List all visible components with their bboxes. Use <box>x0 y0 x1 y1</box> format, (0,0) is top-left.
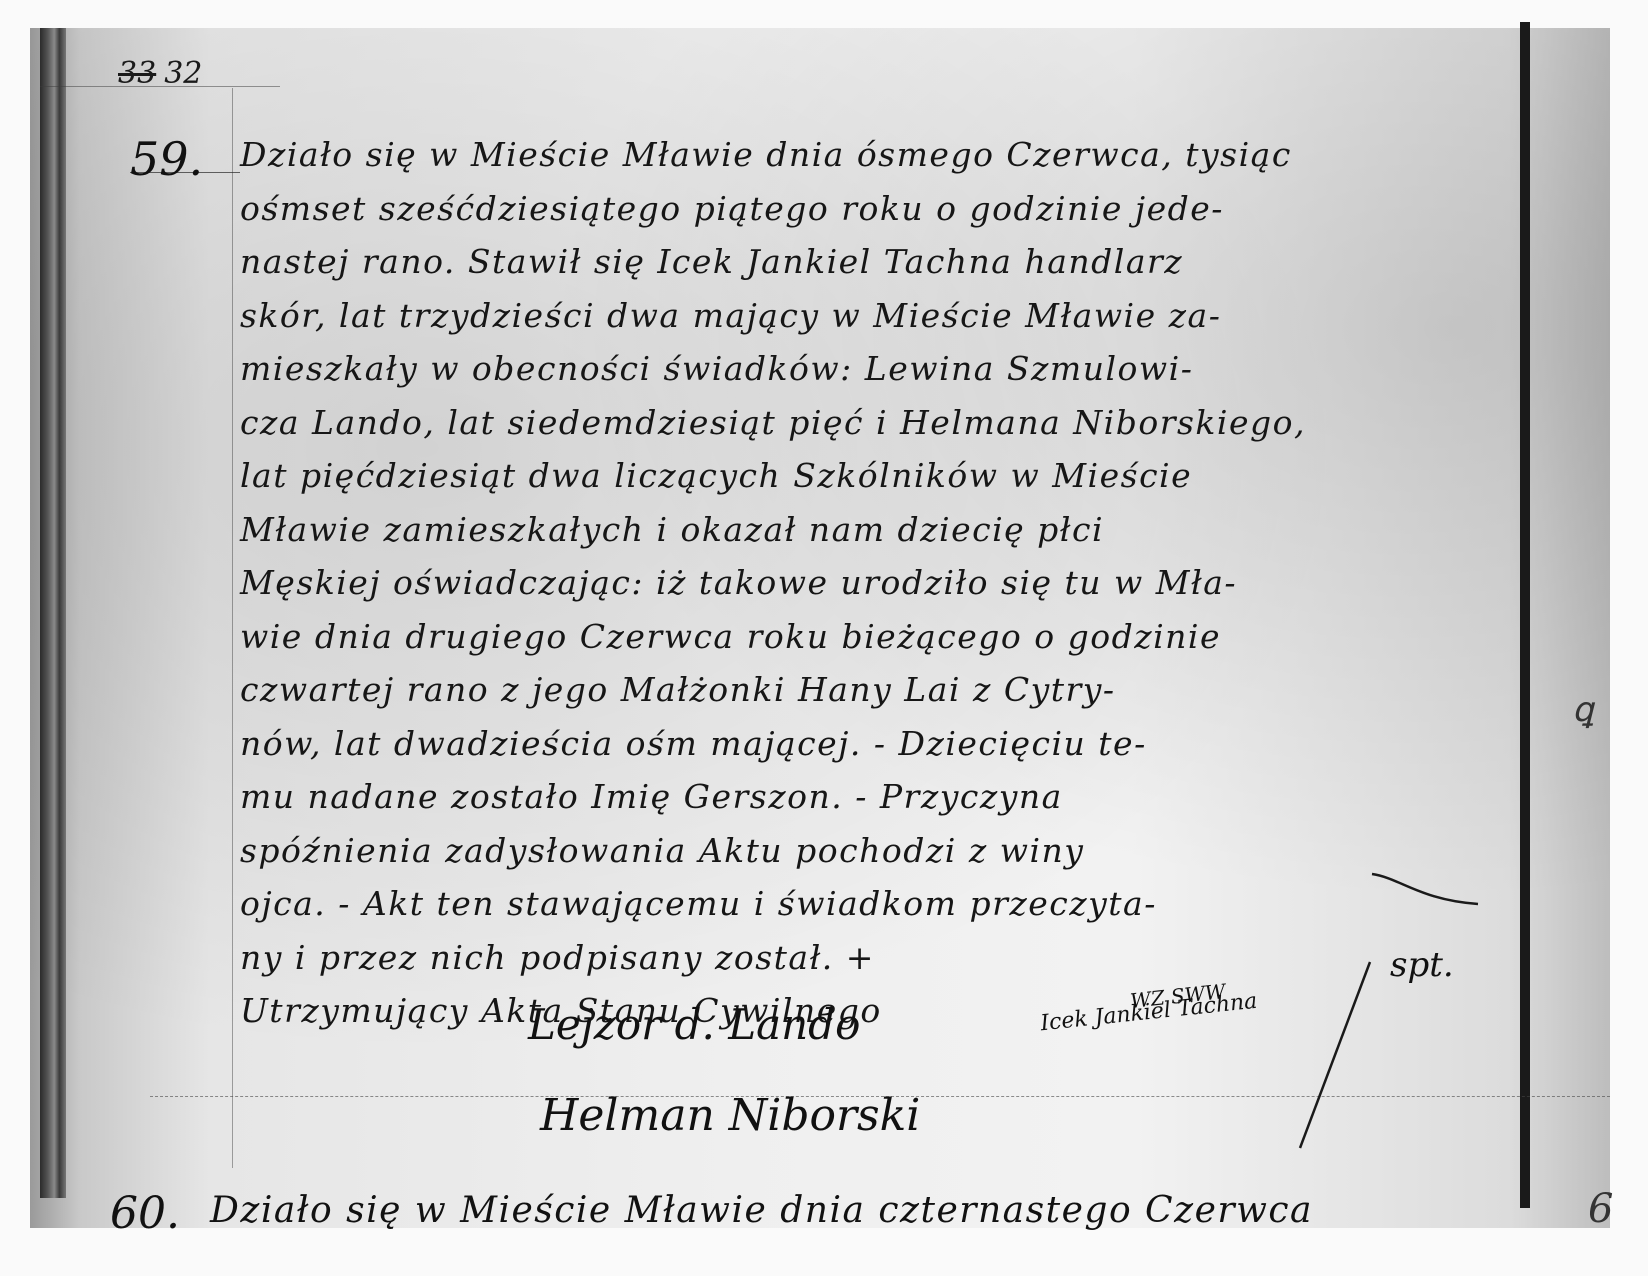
entry-line: Mławie zamieszkałych i okazał nam dzieci… <box>240 503 1510 557</box>
entry-line: ojca. - Akt ten stawającemu i świadkom p… <box>240 877 1510 931</box>
signature-witness: Helman Niborski <box>540 1090 920 1141</box>
entry-line: spóźnienia zadysłowania Aktu pochodzi z … <box>240 824 1510 878</box>
entry-line: nastej rano. Stawił się Icek Jankiel Tac… <box>240 235 1510 289</box>
entry-line: Męskiej oświadczając: iż takowe urodziło… <box>240 556 1510 610</box>
left-margin-rule <box>232 88 233 1168</box>
next-entry-number: 60. <box>110 1188 180 1239</box>
document-scan: 3332 59. Działo się w Mieście Mławie dni… <box>0 0 1648 1276</box>
right-margin-bar <box>1520 22 1530 1208</box>
entry-line: mu nadane zostało Imię Gerszon. - Przycz… <box>240 770 1510 824</box>
entry-line: czwartej rano z jego Małżonki Hany Lai z… <box>240 663 1510 717</box>
signature-officiant: Lejzor d. Lando <box>528 1000 860 1049</box>
page-number-struck: 33 <box>118 56 156 91</box>
margin-note-mark: ꝗ <box>1572 690 1594 730</box>
signature-stroke <box>1290 960 1380 1150</box>
entry-line: nów, lat dwadzieścia ośm mającej. - Dzie… <box>240 717 1510 771</box>
signature-mark: spt. <box>1390 945 1454 985</box>
page-number: 3332 <box>118 56 202 91</box>
page-binding-edge <box>40 28 66 1198</box>
entry-line: cza Lando, lat siedemdziesiąt pięć i Hel… <box>240 396 1510 450</box>
entry-line: skór, lat trzydzieści dwa mający w Mieśc… <box>240 289 1510 343</box>
entry-line: Działo się w Mieście Mławie dnia ósmego … <box>240 128 1510 182</box>
next-entry-text: Działo się w Mieście Mławie dnia czterna… <box>210 1190 1313 1231</box>
margin-note-bottom: 6 <box>1588 1186 1613 1232</box>
entry-line: wie dnia drugiego Czerwca roku bieżącego… <box>240 610 1510 664</box>
line-end-flourish <box>1370 870 1480 910</box>
entry-line: lat pięćdziesiąt dwa liczących Szkólnikó… <box>240 449 1510 503</box>
entry-line: ośmset sześćdziesiątego piątego roku o g… <box>240 182 1510 236</box>
entry-line: mieszkały w obecności świadków: Lewina S… <box>240 342 1510 396</box>
entry-text: Działo się w Mieście Mławie dnia ósmego … <box>240 128 1510 1038</box>
page-number-current: 32 <box>164 56 202 91</box>
entry-number: 59. <box>130 132 203 186</box>
